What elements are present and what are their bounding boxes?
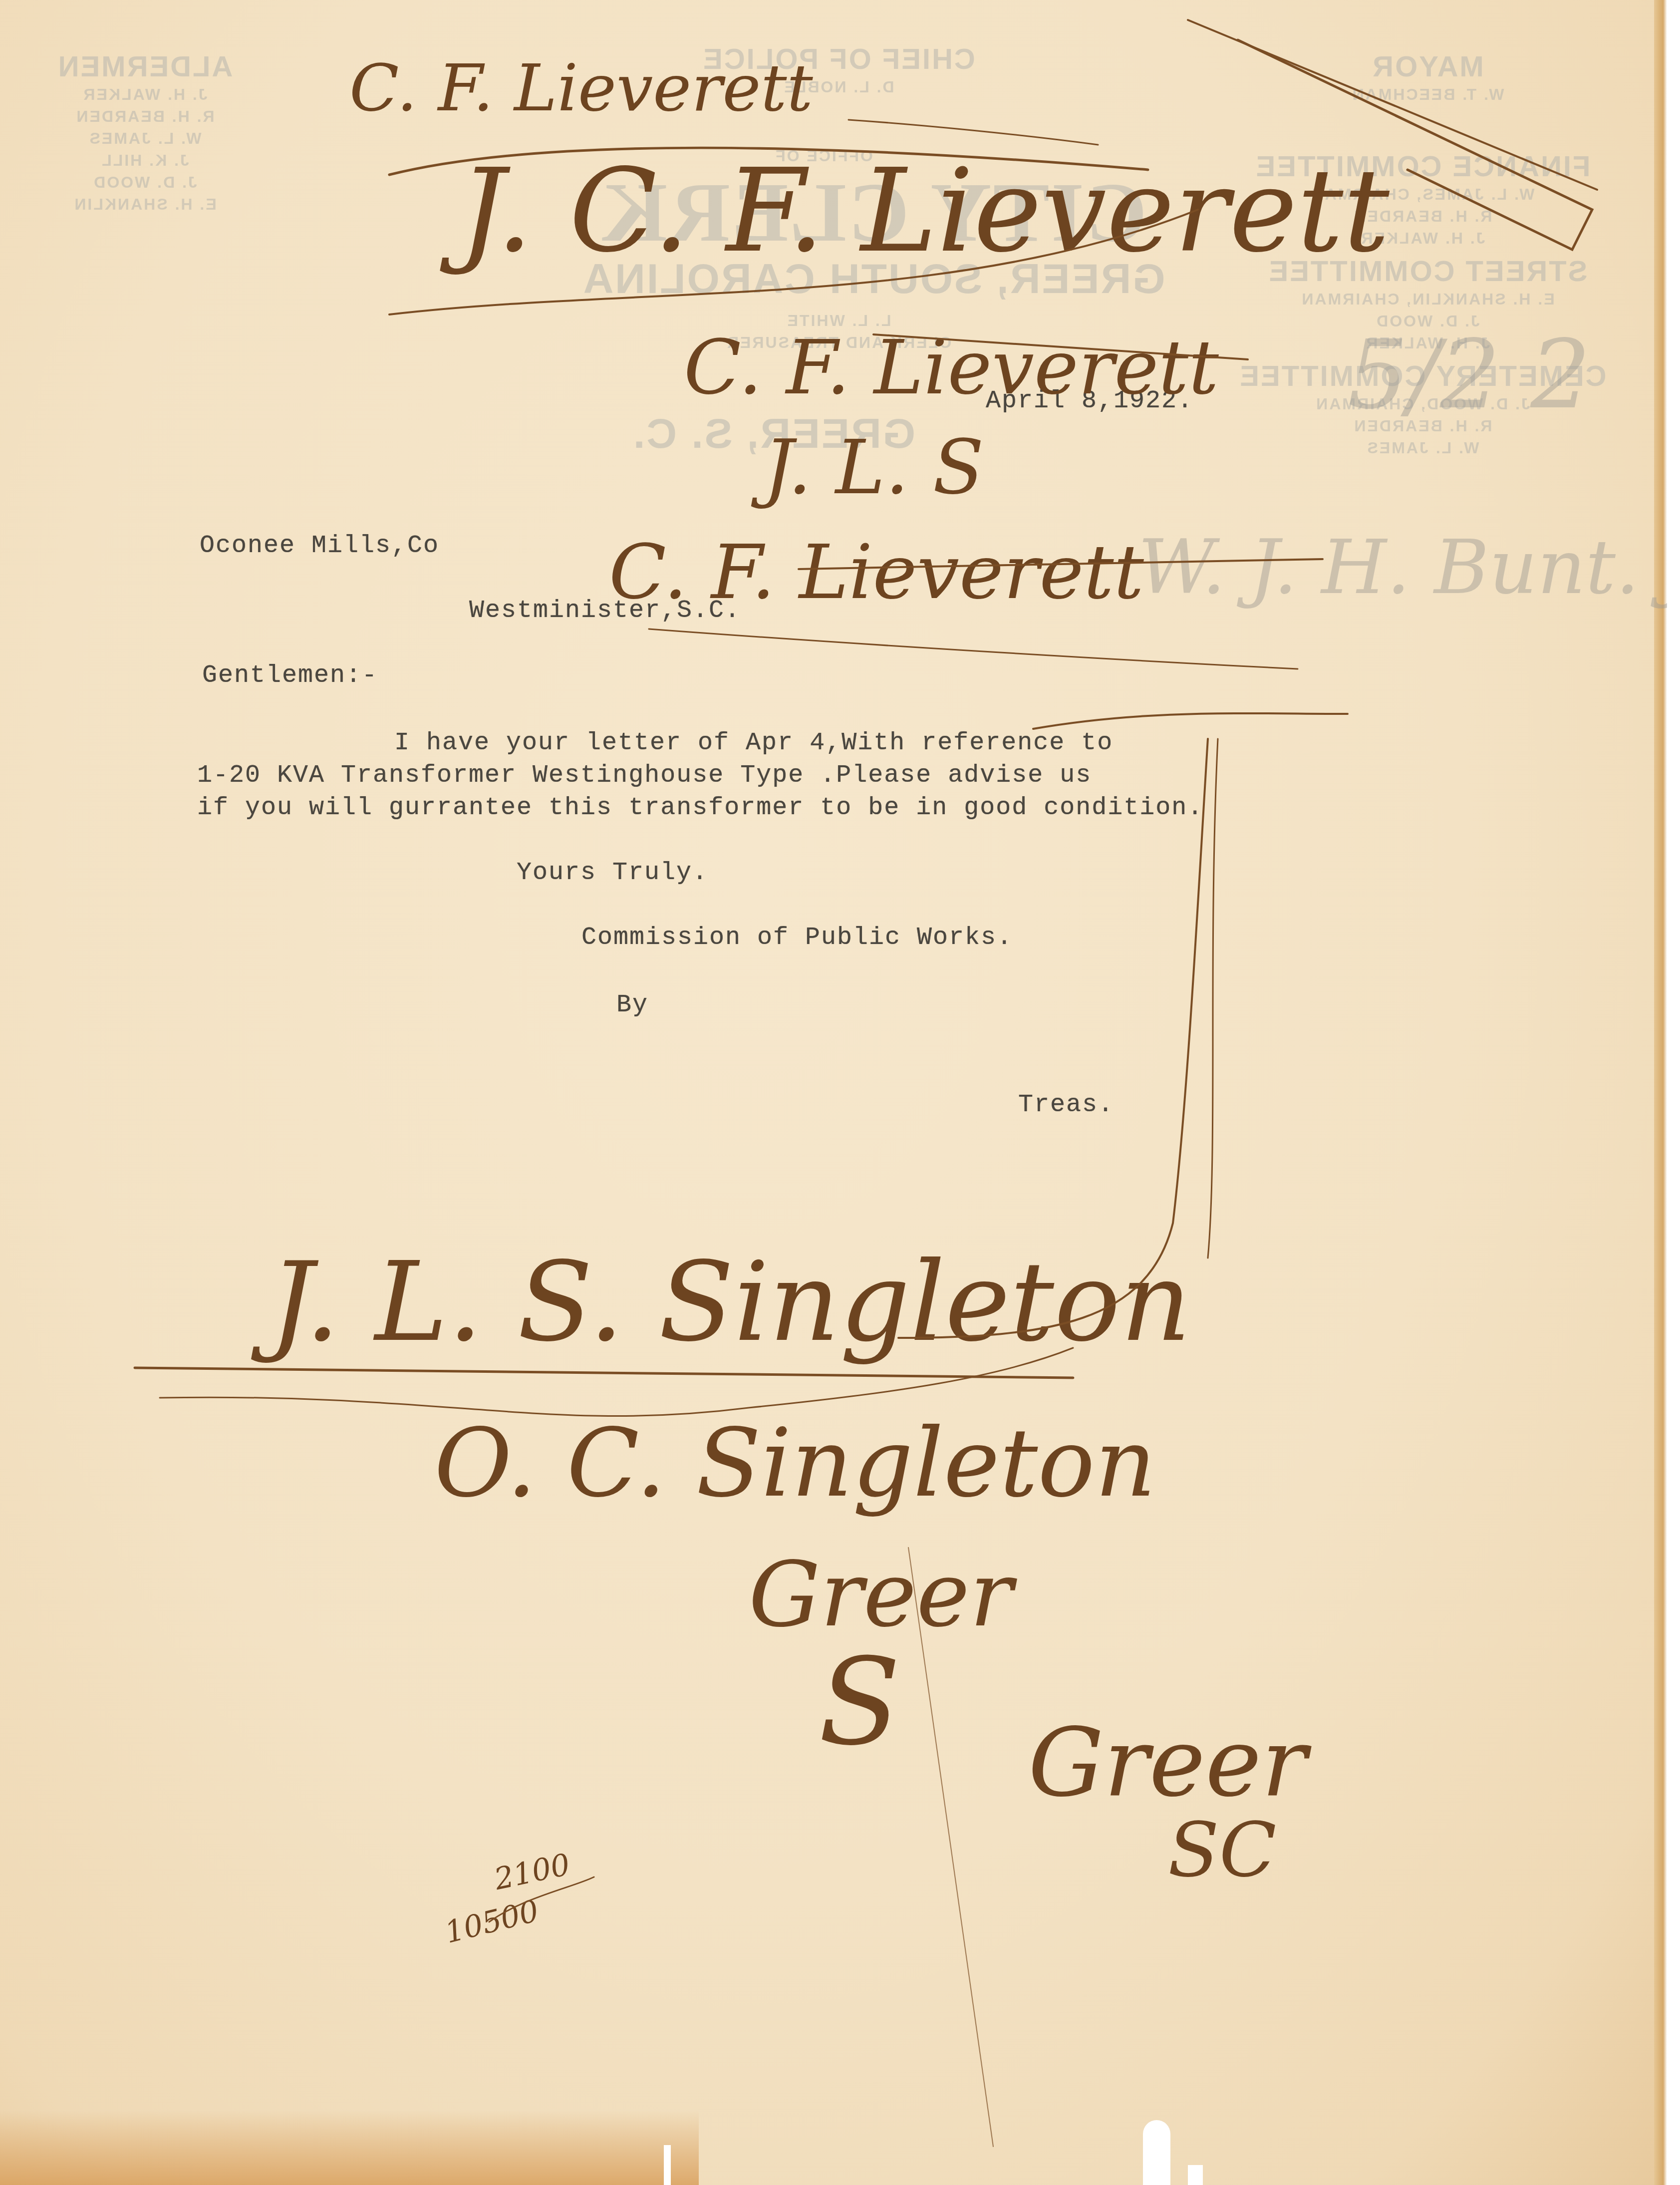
treasurer-title: Treas.: [1018, 1091, 1114, 1119]
signature-top: C. F. Lieverett: [349, 50, 813, 126]
letter-page: ALDERMEN J. H. WALKER R. H. BEARDEN W. L…: [0, 0, 1667, 2185]
calc-top: 2100: [491, 1847, 573, 1897]
signature-middle: C. F. Lieverett: [684, 324, 1219, 411]
singleton-signature-1: J. L. S. Singleton: [270, 1238, 1191, 1366]
water-stain: [0, 2110, 699, 2185]
letterhead-mayor: MAYOR W. T. BEECHMAN: [1288, 50, 1567, 105]
signature-over-address: C. F. Lieverett: [609, 529, 1144, 616]
recipient-name: Oconee Mills,Co: [200, 532, 439, 560]
paper-tear: [1143, 2120, 1170, 2185]
letterhead-aldermen: ALDERMEN J. H. WALKER R. H. BEARDEN W. L…: [55, 50, 235, 215]
organization-name: Commission of Public Works.: [581, 924, 1013, 952]
by-label: By: [616, 991, 648, 1019]
initials: J. L. S: [764, 424, 984, 511]
place-greer-2: Greer: [1028, 1707, 1307, 1818]
signature-large: J. C. F. Lieverett: [459, 145, 1390, 278]
paper-edge: [1654, 0, 1667, 2185]
closing: Yours Truly.: [517, 859, 708, 887]
singleton-signature-2: O. C. Singleton: [434, 1408, 1156, 1518]
body-line-1: I have your letter of Apr 4,With referen…: [394, 729, 1113, 757]
paper-tear: [664, 2145, 671, 2185]
calc-bottom: 10500: [441, 1893, 542, 1950]
pencil-ghost-line: W. J. H. Bunt. J. J.: [1138, 524, 1667, 611]
place-greer-1: Greer: [749, 1543, 1013, 1647]
salutation: Gentlemen:-: [202, 661, 378, 690]
state-abbr: SC: [1168, 1807, 1277, 1894]
paper-tear: [1188, 2165, 1203, 2185]
initial-s: S: [819, 1632, 900, 1772]
body-line-3: if you will gurrantee this transformer t…: [197, 794, 1203, 822]
pencil-margin-note: 5/2 2: [1348, 319, 1591, 430]
body-line-2: 1-20 KVA Transformer Westinghouse Type .…: [197, 761, 1092, 790]
